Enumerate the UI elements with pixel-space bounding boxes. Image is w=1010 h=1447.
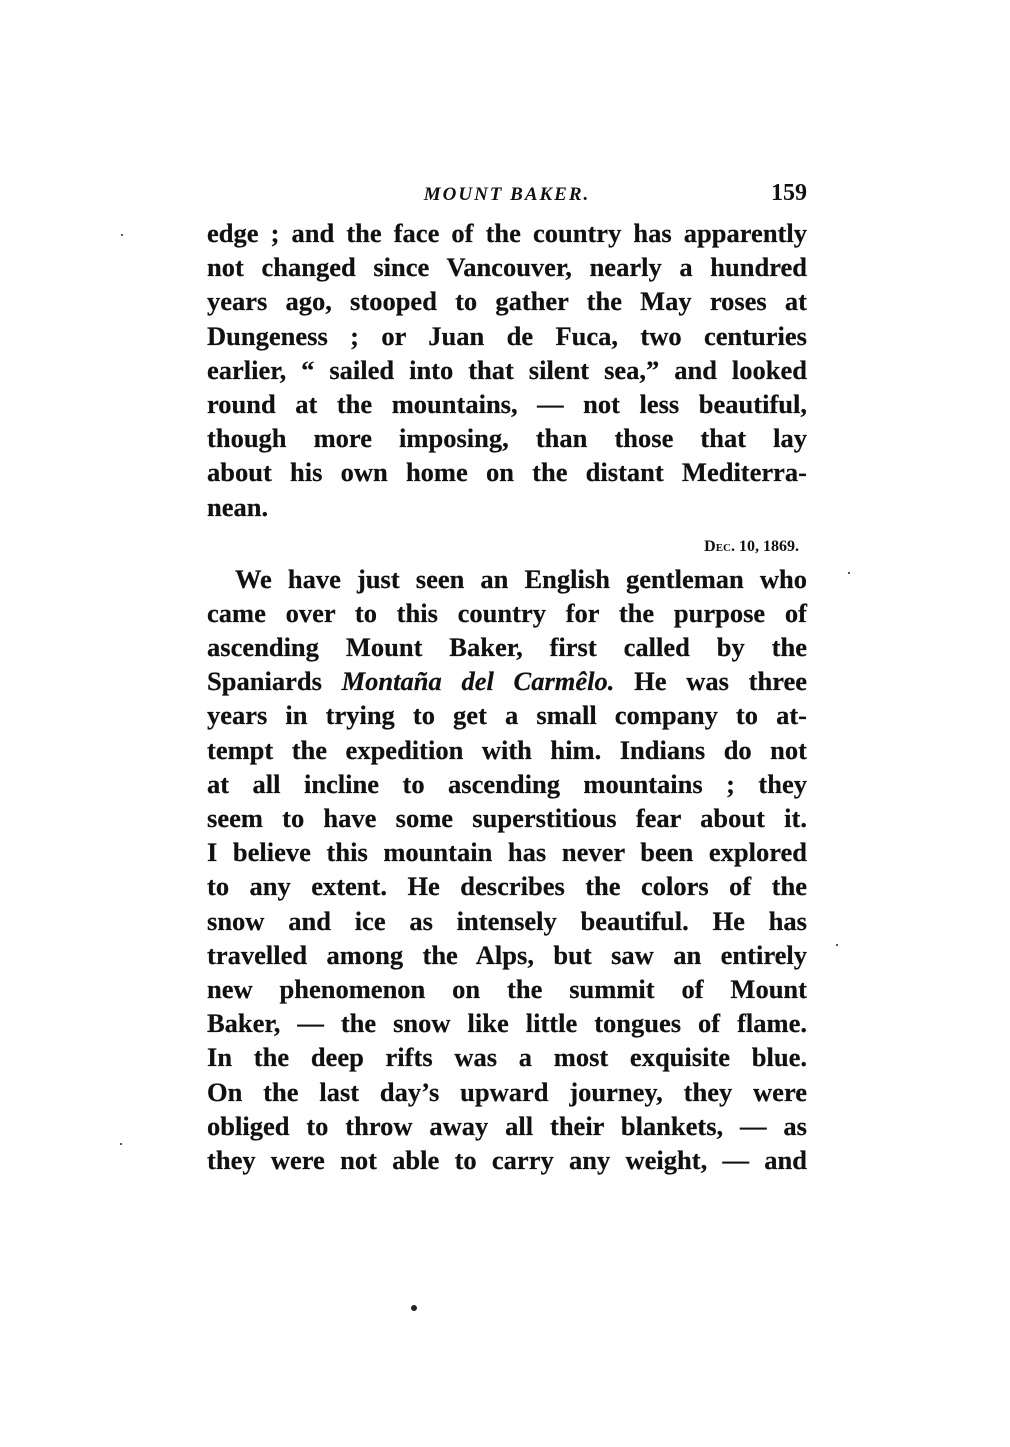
text-line: round at the mountains, — not less beaut… [207, 387, 807, 421]
paragraph-continued: edge ; and the face of the country has a… [207, 216, 807, 524]
paragraph-entry: We have just seen an English gentleman w… [207, 562, 807, 1177]
text-line: at all incline to ascending mountains ; … [207, 767, 807, 801]
text-segment: Spaniards [207, 666, 322, 696]
text-line: tempt the expedition with him. Indians d… [207, 733, 807, 767]
text-line: to any extent. He describes the colors o… [207, 869, 807, 903]
text-line: years in trying to get a small company t… [207, 698, 807, 732]
scan-speck [848, 572, 850, 574]
text-line: edge ; and the face of the country has a… [207, 216, 807, 250]
dateline: Dec. 10, 1869. [207, 532, 807, 562]
page-number: 159 [771, 180, 807, 207]
text-line: earlier, “ sailed into that silent sea,”… [207, 353, 807, 387]
text-line: I believe this mountain has never been e… [207, 835, 807, 869]
text-line: years ago, stooped to gather the May ros… [207, 284, 807, 318]
text-line: On the last day’s upward journey, they w… [207, 1075, 807, 1109]
text-line: Baker, — the snow like little tongues of… [207, 1006, 807, 1040]
scan-speck [121, 234, 123, 236]
text-line-with-italic: Spaniards Montaña del Carmêlo. He was th… [207, 664, 807, 698]
text-line: new phenomenon on the summit of Mount [207, 972, 807, 1006]
text-line: ascending Mount Baker, first called by t… [207, 630, 807, 664]
scan-speck [411, 1305, 417, 1311]
text-line: snow and ice as intensely beautiful. He … [207, 904, 807, 938]
italic-spanish-name: Montaña del Carmêlo. [342, 666, 615, 696]
text-line: travelled among the Alps, but saw an ent… [207, 938, 807, 972]
text-line: they were not able to carry any weight, … [207, 1143, 807, 1177]
text-line: about his own home on the distant Medite… [207, 455, 807, 489]
book-page: MOUNT BAKER. 159 edge ; and the face of … [207, 178, 807, 1177]
text-line: came over to this country for the purpos… [207, 596, 807, 630]
text-line: seem to have some superstitious fear abo… [207, 801, 807, 835]
text-line: Dungeness ; or Juan de Fuca, two centuri… [207, 319, 807, 353]
text-line: nean. [207, 490, 807, 524]
running-head: MOUNT BAKER. 159 [207, 178, 807, 216]
running-title: MOUNT BAKER. [207, 184, 807, 206]
text-segment: He was three [634, 666, 807, 696]
text-line: In the deep rifts was a most exquisite b… [207, 1040, 807, 1074]
dateline-date: 10, 1869. [735, 538, 799, 555]
text-line: not changed since Vancouver, nearly a hu… [207, 250, 807, 284]
text-line: though more imposing, than those that la… [207, 421, 807, 455]
text-line: obliged to throw away all their blankets… [207, 1109, 807, 1143]
scan-speck [120, 1143, 122, 1145]
dateline-month: Dec. [704, 538, 735, 555]
text-line: We have just seen an English gentleman w… [207, 562, 807, 596]
scan-speck [836, 944, 838, 946]
